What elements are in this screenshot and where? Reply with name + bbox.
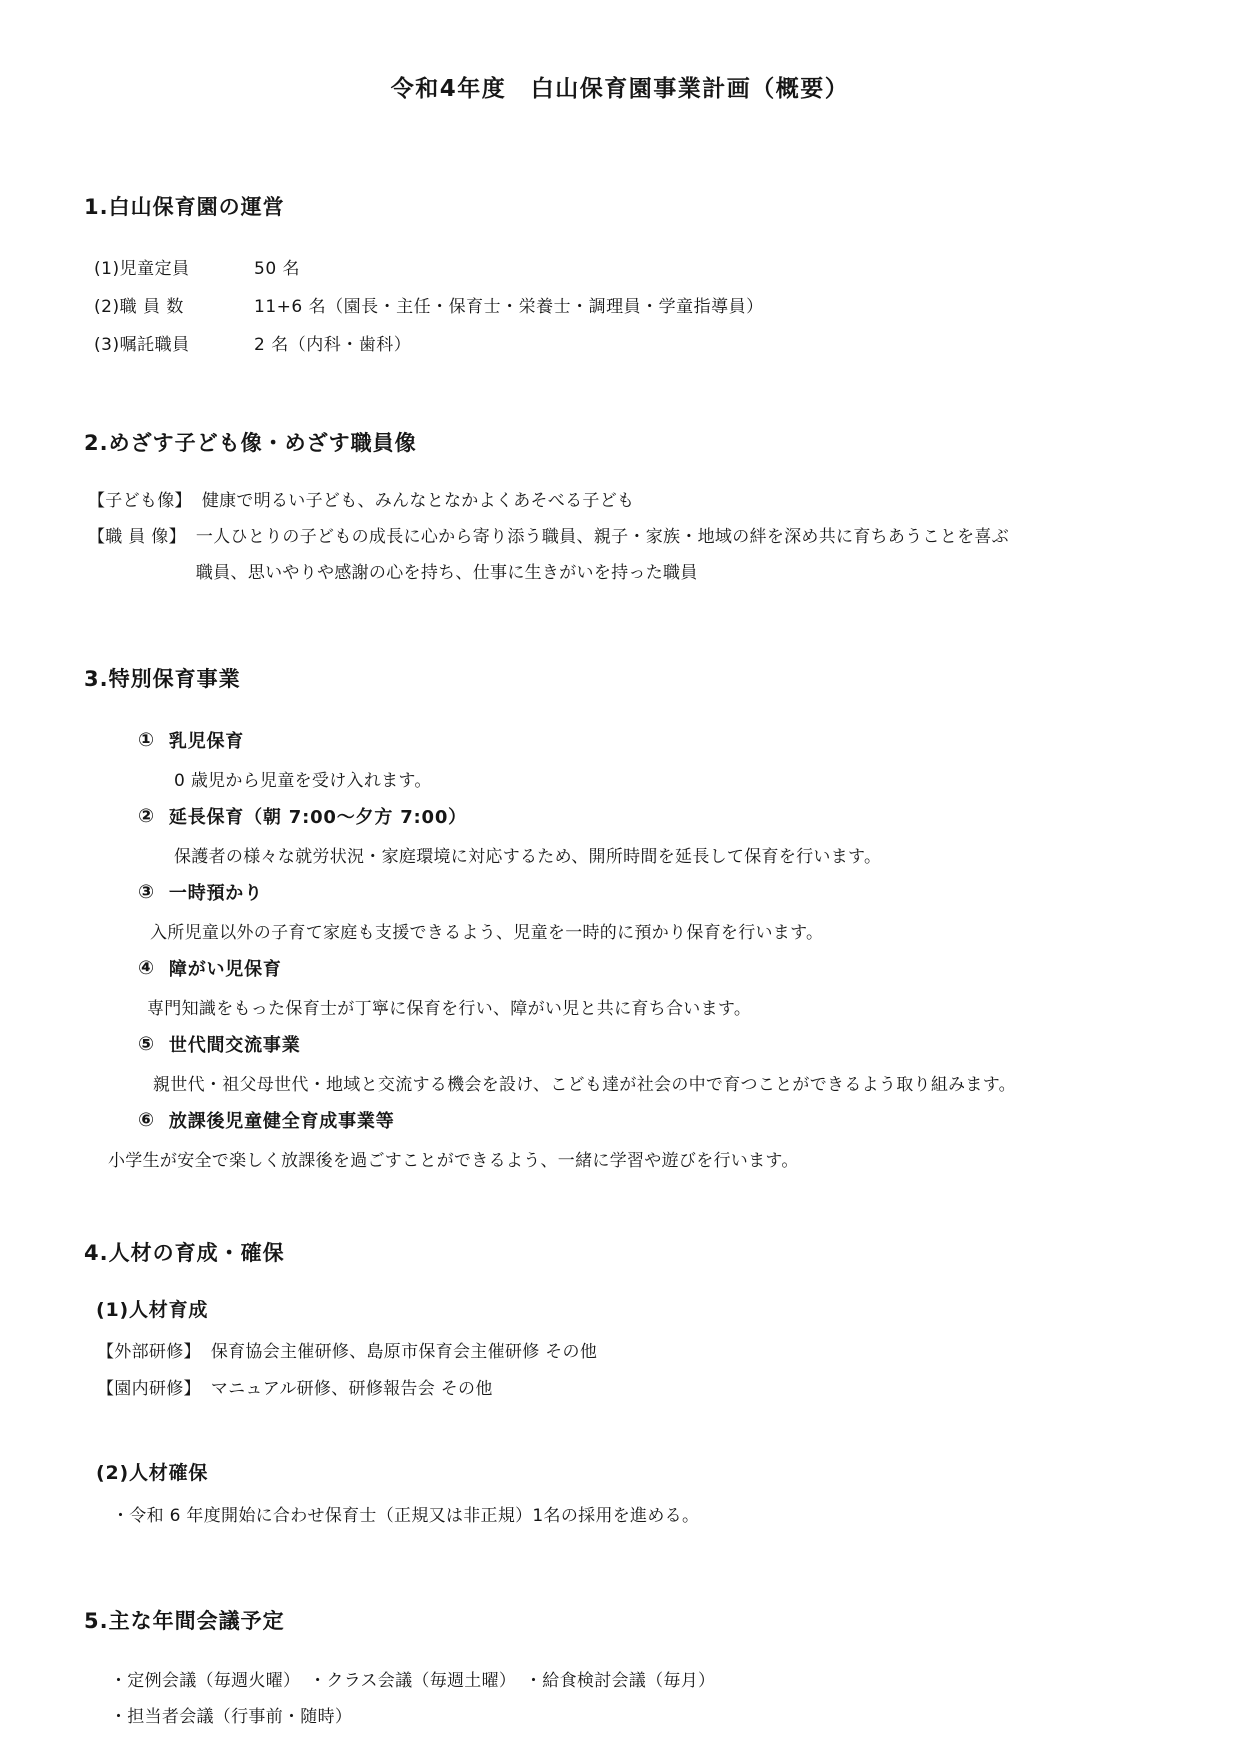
list-item-external-training: 【外部研修】 保育協会主催研修、島原市保育会主催研修 その他 [97,1334,1240,1371]
row-value: 50 名 [254,254,300,279]
meeting-line-regular: ・定例会議（毎週火曜） ・クラス会議（毎週土曜） ・給食検討会議（毎月） [110,1663,1240,1699]
item-title: 障がい児保育 [169,955,282,981]
section4-heading: 4.人材の育成・確保 [84,1237,1240,1267]
item-description: 0 歳児から児童を受け入れます。 [174,759,1240,797]
bracket-label: 【子ども像】 [88,483,192,519]
section1-rows: (1)児童定員 50 名 (2)職 員 数 11+6 名（園長・主任・保育士・栄… [94,247,1240,361]
row-value: 2 名（内科・歯科） [254,330,411,355]
circled-number-icon: ② [138,805,155,827]
document-title: 令和4年度 白山保育園事業計画（概要） [0,0,1240,103]
section-nursery-operation: 1.白山保育園の運営 (1)児童定員 50 名 (2)職 員 数 11+6 名（… [0,191,1240,361]
section-ideal-images: 2.めざす子ども像・めざす職員像 【子ども像】 健康で明るい子ども、みんなとなか… [0,427,1240,591]
section5-heading: 5.主な年間会議予定 [84,1605,1240,1635]
list-item-child-image: 【子ども像】 健康で明るい子ども、みんなとなかよくあそべる子ども [88,483,1240,519]
circled-number-icon: ③ [138,881,155,903]
bracket-label: 【職 員 像】 [88,519,186,555]
section-annual-meetings: 5.主な年間会議予定 ・定例会議（毎週火曜） ・クラス会議（毎週土曜） ・給食検… [0,1605,1240,1735]
hr-securing-bullet: ・令和 6 年度開始に合わせ保育士（正規又は非正規）1名の採用を進める。 [112,1497,1240,1535]
item-text: 健康で明るい子ども、みんなとなかよくあそべる子ども [202,483,635,519]
item-title: 一時預かり [169,879,263,905]
list-item-infant-care: ① 乳児保育 0 歳児から児童を受け入れます。 [0,721,1240,797]
list-item-staff-image: 【職 員 像】 一人ひとりの子どもの成長に心から寄り添う職員、親子・家族・地域の… [88,519,1240,591]
row-value: 11+6 名（園長・主任・保育士・栄養士・調理員・学童指導員） [254,292,764,317]
item-description: 専門知識をもった保育士が丁寧に保育を行い、障がい児と共に育ち合います。 [147,987,1240,1025]
row-label: (2)職 員 数 [94,292,254,317]
list-item-intergenerational-exchange: ⑤ 世代間交流事業 親世代・祖父母世代・地域と交流する機会を設け、こども達が社会… [0,1025,1240,1101]
list-item-internal-training: 【園内研修】 マニュアル研修、研修報告会 その他 [97,1371,1240,1408]
item-text: 一人ひとりの子どもの成長に心から寄り添う職員、親子・家族・地域の絆を深め共に育ち… [196,519,1024,591]
table-row-staff-count: (2)職 員 数 11+6 名（園長・主任・保育士・栄養士・調理員・学童指導員） [94,285,1240,323]
list-item-temporary-care: ③ 一時預かり 入所児童以外の子育て家庭も支援できるよう、児童を一時的に預かり保… [0,873,1240,949]
item-title: 世代間交流事業 [169,1031,301,1057]
item-description: 親世代・祖父母世代・地域と交流する機会を設け、こども達が社会の中で育つことができ… [153,1063,1240,1101]
item-description: 入所児童以外の子育て家庭も支援できるよう、児童を一時的に預かり保育を行います。 [150,911,1240,949]
meeting-line-staff: ・担当者会議（行事前・随時） [110,1699,1240,1735]
section2-list: 【子ども像】 健康で明るい子ども、みんなとなかよくあそべる子ども 【職 員 像】… [88,483,1240,591]
item-text: マニュアル研修、研修報告会 その他 [211,1371,493,1408]
item-title: 放課後児童健全育成事業等 [169,1107,395,1133]
section-hr-development: 4.人材の育成・確保 (1)人材育成 【外部研修】 保育協会主催研修、島原市保育… [0,1237,1240,1535]
table-row-child-capacity: (1)児童定員 50 名 [94,247,1240,285]
circled-number-icon: ⑤ [138,1033,155,1055]
meeting-list: ・定例会議（毎週火曜） ・クラス会議（毎週土曜） ・給食検討会議（毎月） ・担当… [110,1663,1240,1735]
section1-heading: 1.白山保育園の運営 [84,191,1240,221]
bracket-label: 【外部研修】 [97,1334,201,1371]
section3-heading: 3.特別保育事業 [84,663,1240,693]
row-label: (3)嘱託職員 [94,330,254,355]
list-item-extended-care: ② 延長保育（朝 7:00～夕方 7:00） 保護者の様々な就労状況・家庭環境に… [0,797,1240,873]
list-item-disabled-children-care: ④ 障がい児保育 専門知識をもった保育士が丁寧に保育を行い、障がい児と共に育ち合… [0,949,1240,1025]
circled-number-icon: ① [138,729,155,751]
row-label: (1)児童定員 [94,254,254,279]
item-title: 乳児保育 [169,727,244,753]
table-row-commissioned-staff: (3)嘱託職員 2 名（内科・歯科） [94,323,1240,361]
bracket-label: 【園内研修】 [97,1371,201,1408]
item-text: 保育協会主催研修、島原市保育会主催研修 その他 [211,1334,597,1371]
section4-sub2-heading: (2)人材確保 [96,1458,1240,1485]
section-special-childcare: 3.特別保育事業 ① 乳児保育 0 歳児から児童を受け入れます。 ② 延長保育（… [0,663,1240,1177]
circled-number-icon: ⑥ [138,1109,155,1131]
section2-heading: 2.めざす子ども像・めざす職員像 [84,427,1240,457]
item-title: 延長保育（朝 7:00～夕方 7:00） [169,803,467,829]
section4-training-list: 【外部研修】 保育協会主催研修、島原市保育会主催研修 その他 【園内研修】 マニ… [97,1334,1240,1408]
item-description: 小学生が安全で楽しく放課後を過ごすことができるよう、一緒に学習や遊びを行います。 [108,1139,1240,1177]
section4-sub1-heading: (1)人材育成 [96,1295,1240,1322]
circled-number-icon: ④ [138,957,155,979]
document-page: 令和4年度 白山保育園事業計画（概要） 1.白山保育園の運営 (1)児童定員 5… [0,0,1240,1755]
list-item-after-school-program: ⑥ 放課後児童健全育成事業等 小学生が安全で楽しく放課後を過ごすことができるよう… [0,1101,1240,1177]
section3-items: ① 乳児保育 0 歳児から児童を受け入れます。 ② 延長保育（朝 7:00～夕方… [0,721,1240,1177]
item-description: 保護者の様々な就労状況・家庭環境に対応するため、開所時間を延長して保育を行います… [174,835,1240,873]
